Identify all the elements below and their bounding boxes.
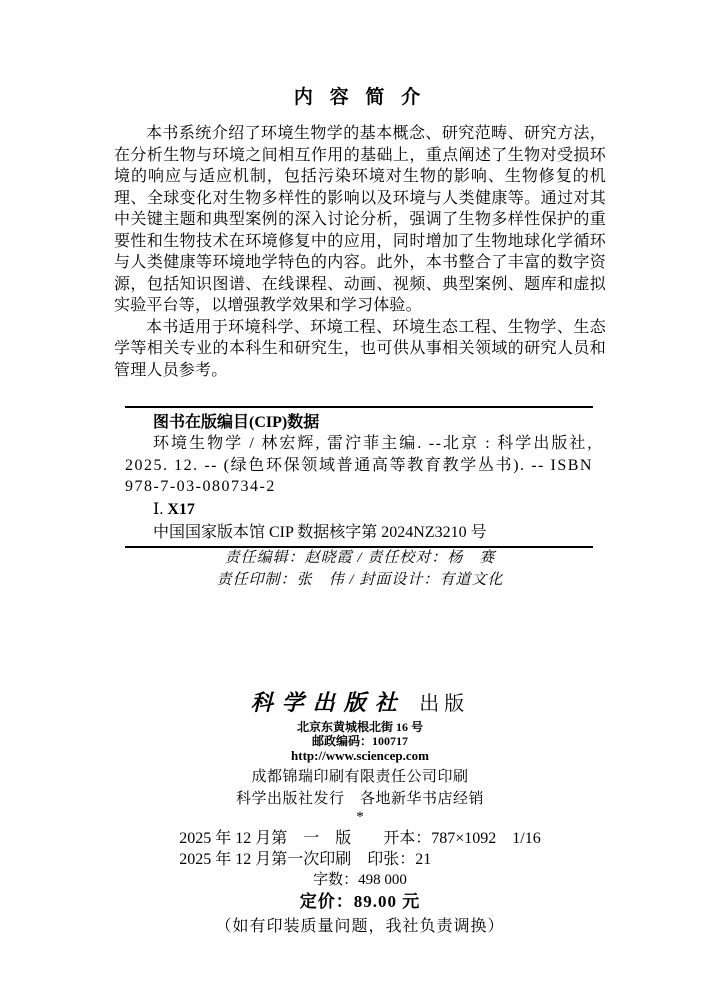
edition-info-block: 2025 年 12 月第 一 版 开本：787×1092 1/16 2025 年… [179, 828, 540, 870]
publisher-imprint-section: 科学出版社 出版 北京东黄城根北街 16 号 邮政编码：100717 http:… [0, 690, 720, 938]
cip-class-value: X17 [167, 501, 195, 518]
impression-line: 2025 年 12 月第一次印刷 印张：21 [179, 849, 540, 870]
cip-class-label: Ⅰ. [153, 501, 163, 518]
publisher-postcode: 邮政编码：100717 [0, 734, 720, 748]
cip-title-line: 环境生物学 / 林宏辉, 雷泞菲主编. --北京 : 科学出版社, [125, 433, 593, 455]
cip-record-number-line: 中国国家版本馆 CIP 数据核字第 2024NZ3210 号 [125, 521, 593, 544]
publisher-website: http://www.sciencep.com [0, 748, 720, 764]
publisher-logo-line: 科学出版社 出版 [0, 690, 720, 717]
printer-line: 成都锦瑞印刷有限责任公司印刷 [0, 768, 720, 786]
production-credit-line: 责任印制：张 伟 / 封面设计：有道文化 [0, 569, 720, 591]
edition-line: 2025 年 12 月第 一 版 开本：787×1092 1/16 [179, 828, 540, 849]
cip-data-section: 图书在版编目(CIP)数据 环境生物学 / 林宏辉, 雷泞菲主编. --北京 :… [125, 406, 593, 548]
science-press-logo: 科学出版社 [251, 690, 406, 715]
distribution-line: 科学出版社发行 各地新华书店经销 [0, 790, 720, 808]
publisher-address: 北京东黄城根北街 16 号 [0, 720, 720, 734]
cip-series-line: 2025. 12. -- (绿色环保领域普通高等教育教学丛书). -- ISBN [125, 455, 593, 477]
staff-credits-section: 责任编辑：赵晓霞 / 责任校对：杨 赛 责任印制：张 伟 / 封面设计：有道文化 [0, 547, 720, 591]
publish-label: 出版 [419, 693, 469, 715]
book-copyright-page: 内 容 简 介 本书系统介绍了环境生物学的基本概念、研究范畴、研究方法，在分析生… [0, 0, 720, 1000]
word-count-line: 字数：498 000 [0, 870, 720, 890]
cip-isbn-line: 978-7-03-080734-2 [125, 476, 593, 498]
summary-paragraph-2: 本书适用于环境科学、环境工程、环境生态工程、生物学、生态学等相关专业的本科生和研… [114, 317, 606, 382]
content-summary-section: 内 容 简 介 本书系统介绍了环境生物学的基本概念、研究范畴、研究方法，在分析生… [114, 82, 606, 381]
exchange-notice: （如有印装质量问题，我社负责调换） [0, 916, 720, 938]
cip-heading: 图书在版编目(CIP)数据 [125, 412, 593, 433]
cip-classification-line: Ⅰ.X17 [125, 499, 593, 521]
summary-paragraph-1: 本书系统介绍了环境生物学的基本概念、研究范畴、研究方法，在分析生物与环境之间相互… [114, 123, 606, 317]
editors-credit-line: 责任编辑：赵晓霞 / 责任校对：杨 赛 [0, 547, 720, 569]
divider-asterisk: * [0, 810, 720, 824]
price-line: 定价：89.00 元 [0, 891, 720, 913]
summary-title: 内 容 简 介 [114, 82, 606, 109]
